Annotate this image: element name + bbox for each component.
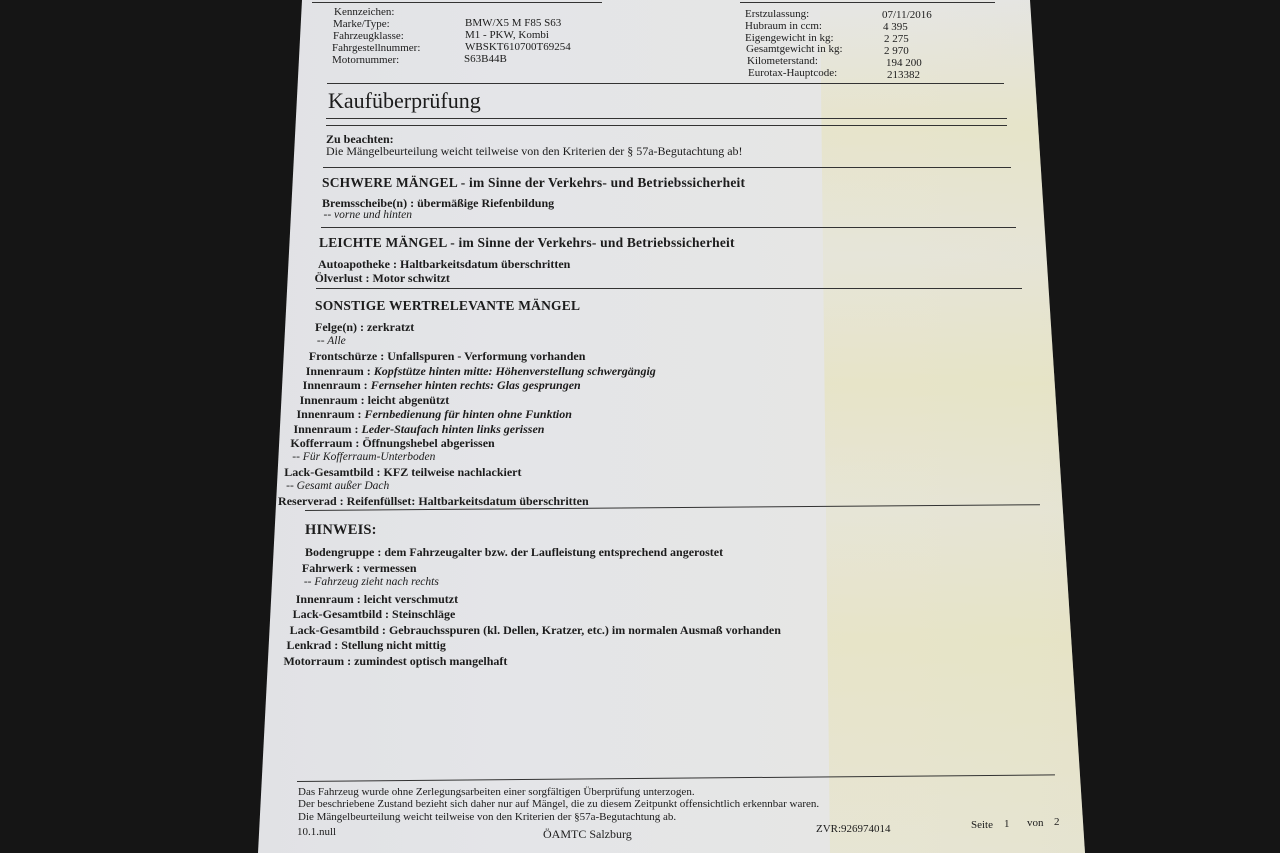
defect-description: Unfallspuren - Verformung vorhanden — [387, 349, 585, 363]
defect-item: Innenraum : Kopfstütze hinten mitte: Höh… — [306, 364, 656, 379]
notice-text: Die Mängelbeurteilung weicht teilweise v… — [326, 144, 743, 159]
section-heading-hints: HINWEIS: — [305, 522, 377, 539]
defect-component: Innenraum : — [306, 364, 374, 378]
defect-description: Reifenfüllset: Haltbarkeitsdatum übersch… — [347, 494, 589, 508]
defect-component: Frontschürze : — [309, 349, 387, 363]
defect-description: zumindest optisch mangelhaft — [354, 654, 507, 668]
defect-item: Ölverlust : Motor schwitzt — [315, 271, 450, 286]
defect-component: Felge(n) : — [315, 320, 367, 334]
field-value: M1 - PKW, Kombi — [465, 29, 549, 42]
field-value: S63B44B — [464, 53, 507, 66]
page-current: 1 — [1004, 817, 1010, 831]
footer-organization: ÖAMTC Salzburg — [543, 827, 632, 841]
defect-description: Fernseher hinten rechts: Glas gesprungen — [371, 378, 581, 392]
field-label: Gesamtgewicht in kg: — [746, 43, 843, 56]
field-value: 213382 — [887, 69, 920, 82]
defect-description: Leder-Staufach hinten links gerissen — [361, 422, 544, 436]
divider — [316, 288, 1022, 289]
defect-item: Innenraum : leicht verschmutzt — [296, 592, 458, 607]
field-label: Hubraum in ccm: — [745, 20, 822, 33]
defect-item: Innenraum : leicht abgenützt — [300, 393, 450, 408]
defect-description: dem Fahrzeugalter bzw. der Laufleistung … — [384, 545, 723, 559]
defect-note: -- Für Kofferraum-Unterboden — [292, 451, 435, 463]
defect-item: Lenkrad : Stellung nicht mittig — [287, 638, 446, 653]
field-label: Marke/Type: — [333, 18, 390, 31]
defect-note: -- Alle — [317, 335, 346, 347]
defect-description: Motor schwitzt — [373, 271, 450, 285]
field-value: WBSKT610700T69254 — [465, 41, 571, 54]
field-value: 07/11/2016 — [882, 9, 932, 22]
defect-description: Kopfstütze hinten mitte: Höhenverstellun… — [374, 364, 656, 378]
defect-item: Innenraum : Leder-Staufach hinten links … — [293, 422, 544, 437]
inspection-report-page — [0, 0, 1280, 853]
footer-line: Der beschriebene Zustand bezieht sich da… — [298, 797, 819, 811]
defect-description: Fernbedienung für hinten ohne Funktion — [365, 407, 572, 421]
page-label: Seite — [971, 818, 993, 832]
defect-component: Reserverad : — [278, 494, 347, 508]
field-label: Kilometerstand: — [747, 55, 818, 68]
field-label: Eurotax-Hauptcode: — [748, 67, 837, 80]
defect-component: Fahrwerk : — [302, 561, 363, 575]
defect-item: Lack-Gesamtbild : Gebrauchsspuren (kl. D… — [290, 623, 781, 638]
defect-item: Kofferraum : Öffnungshebel abgerissen — [290, 436, 494, 451]
defect-component: Autoapotheke : — [318, 257, 400, 271]
defect-description: Haltbarkeitsdatum überschritten — [400, 257, 570, 271]
field-value: 194 200 — [886, 57, 922, 70]
divider — [740, 2, 995, 3]
defect-description: zerkratzt — [367, 320, 414, 334]
divider — [312, 2, 602, 3]
page-of-label: von — [1027, 816, 1044, 830]
defect-note: -- Gesamt außer Dach — [286, 480, 389, 492]
defect-item: Felge(n) : zerkratzt — [315, 320, 414, 335]
field-label: Fahrzeugklasse: — [333, 30, 404, 43]
defect-component: Innenraum : — [297, 407, 365, 421]
defect-item: Innenraum : Fernseher hinten rechts: Gla… — [303, 378, 581, 393]
defect-component: Motorraum : — [283, 654, 354, 668]
defect-item: Bodengruppe : dem Fahrzeugalter bzw. der… — [305, 545, 723, 560]
field-label: Fahrgestellnummer: — [332, 42, 420, 55]
defect-item: Fahrwerk : vermessen — [302, 561, 417, 576]
defect-component: Innenraum : — [303, 378, 371, 392]
defect-component: Innenraum : — [293, 422, 361, 436]
defect-description: Stellung nicht mittig — [341, 638, 446, 652]
defect-description: übermäßige Riefenbildung — [417, 196, 554, 210]
defect-component: Bodengruppe : — [305, 545, 384, 559]
footer-line: Die Mängelbeurteilung weicht teilweise v… — [298, 810, 676, 824]
defect-component: Bremsscheibe(n) : — [322, 196, 417, 210]
section-heading-severe: SCHWERE MÄNGEL - im Sinne der Verkehrs- … — [322, 175, 745, 191]
defect-description: vermessen — [363, 561, 416, 575]
defect-description: Gebrauchsspuren (kl. Dellen, Kratzer, et… — [389, 623, 781, 637]
divider — [321, 227, 1016, 228]
defect-component: Lack-Gesamtbild : — [290, 623, 389, 637]
defect-description: leicht abgenützt — [368, 393, 450, 407]
defect-description: Steinschläge — [392, 607, 455, 621]
defect-item: Lack-Gesamtbild : KFZ teilweise nachlack… — [284, 465, 521, 480]
defect-component: Innenraum : — [300, 393, 368, 407]
defect-description: leicht verschmutzt — [364, 592, 458, 606]
defect-description: KFZ teilweise nachlackiert — [384, 465, 522, 479]
divider — [327, 83, 1004, 84]
page-title: Kaufüberprüfung — [328, 88, 481, 114]
defect-item: Autoapotheke : Haltbarkeitsdatum übersch… — [318, 257, 570, 272]
defect-note: -- Fahrzeug zieht nach rechts — [304, 576, 439, 588]
defect-component: Innenraum : — [296, 592, 364, 606]
footer-zvr: ZVR:926974014 — [816, 822, 891, 836]
defect-item: Lack-Gesamtbild : Steinschläge — [293, 607, 456, 622]
defect-component: Lack-Gesamtbild : — [284, 465, 383, 479]
defect-item: Motorraum : zumindest optisch mangelhaft — [283, 654, 507, 669]
divider — [326, 125, 1007, 126]
defect-item: Frontschürze : Unfallspuren - Verformung… — [309, 349, 586, 364]
page-total: 2 — [1054, 815, 1060, 829]
field-label: Erstzulassung: — [745, 8, 809, 21]
field-value: 2 275 — [884, 33, 909, 46]
defect-note: -- vorne und hinten — [324, 209, 412, 221]
section-heading-other: SONSTIGE WERTRELEVANTE MÄNGEL — [315, 298, 580, 314]
defect-item: Innenraum : Fernbedienung für hinten ohn… — [297, 407, 572, 422]
footer-version: 10.1.null — [297, 825, 336, 839]
field-value: BMW/X5 M F85 S63 — [465, 17, 561, 30]
defect-component: Ölverlust : — [315, 271, 373, 285]
defect-component: Lack-Gesamtbild : — [293, 607, 392, 621]
defect-component: Lenkrad : — [287, 638, 342, 652]
defect-description: Öffnungshebel abgerissen — [362, 436, 494, 450]
defect-item: Reserverad : Reifenfüllset: Haltbarkeits… — [278, 494, 589, 509]
defect-component: Kofferraum : — [290, 436, 362, 450]
field-value: 2 970 — [884, 45, 909, 58]
field-label: Motornummer: — [332, 54, 399, 67]
divider — [323, 167, 1011, 168]
field-label: Kennzeichen: — [334, 6, 394, 19]
field-value: 4 395 — [883, 21, 908, 34]
section-heading-minor: LEICHTE MÄNGEL - im Sinne der Verkehrs- … — [319, 235, 735, 251]
divider — [326, 118, 1007, 119]
